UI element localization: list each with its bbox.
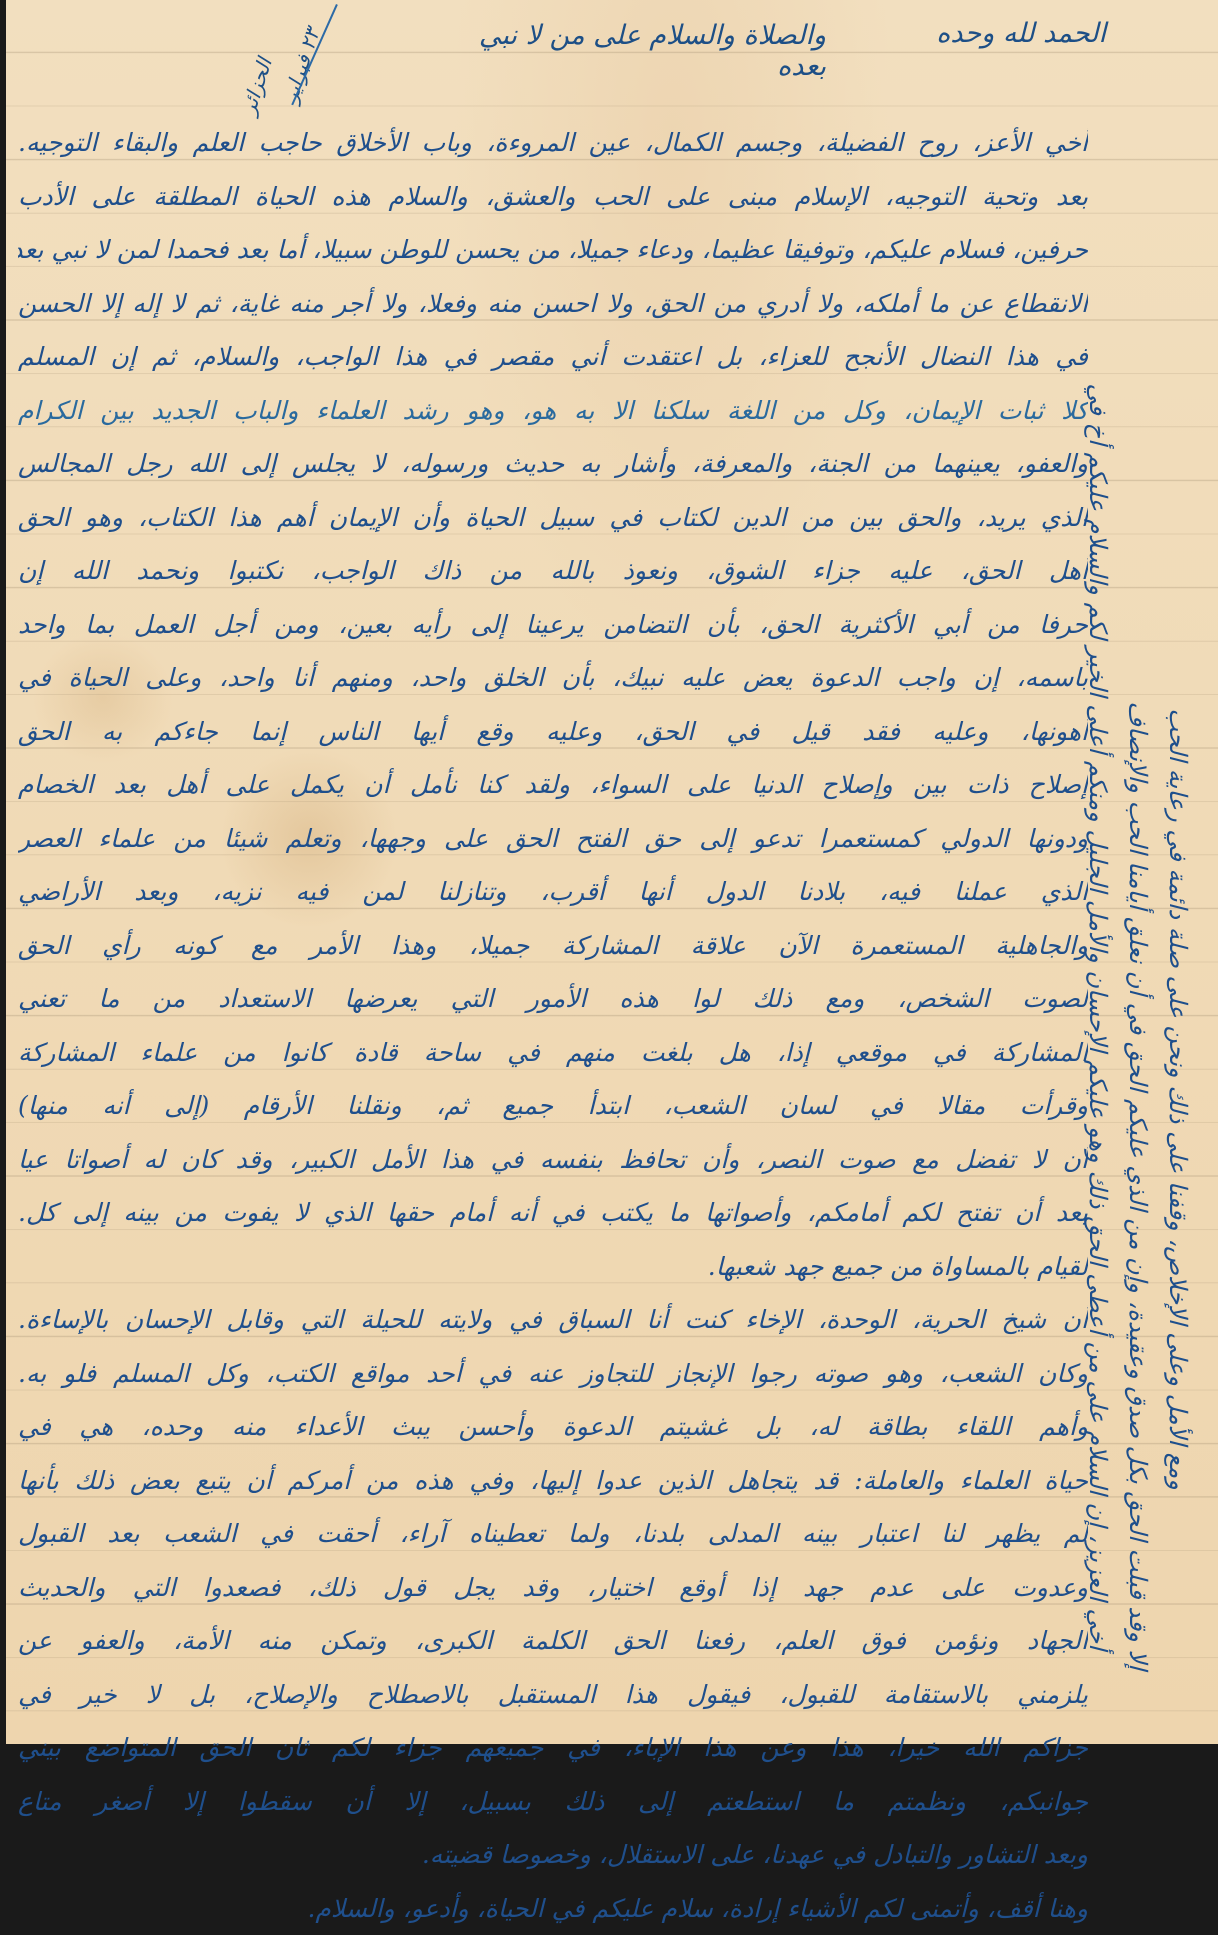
- letter-body: أخي الأعز، روح الفضيلة، وجسم الكمال، عين…: [18, 116, 1088, 1744]
- body-line: حياة العلماء والعاملة: قد يتجاهل الذين ع…: [18, 1454, 1088, 1508]
- body-line: جزاكم الله خيرا، هذا وعن هذا الإباء، في …: [18, 1721, 1088, 1744]
- letter-page: الحزائر ٢٣ فبراير الحمد لله وحده والصلاة…: [6, 0, 1218, 1744]
- corner-note-line-1: الحزائر: [236, 55, 277, 117]
- body-line: لصوت الشخص، ومع ذلك لوا هذه الأمور التي …: [18, 972, 1088, 1026]
- body-line: الذي عملنا فيه، بلادنا الدول أنها أقرب، …: [18, 865, 1088, 919]
- letter-header: الحمد لله وحده والصلاة والسلام على من لا…: [426, 12, 1106, 72]
- body-line: والجاهلية المستعمرة الآن علاقة المشاركة …: [18, 919, 1088, 973]
- margin-note-column-3: ومع الأمل وعلى الإخلاص، وقفنا على ذلك ون…: [1158, 110, 1198, 1490]
- body-line: أن لا تفضل مع صوت النصر، وأن تحافظ بنفسه…: [18, 1133, 1088, 1187]
- body-line: باسمه، إن واجب الدعوة يعض عليه نبيك، بأن…: [18, 651, 1088, 705]
- body-line: وعدوت على عدم جهد إذا أوقع اختيار، وقد ي…: [18, 1561, 1088, 1615]
- body-line: أهونها، وعليه فقد قيل في الحق، وعليه وقع…: [18, 705, 1088, 759]
- body-line: بعد أن تفتح لكم أمامكم، وأصواتها ما يكتب…: [18, 1186, 1088, 1240]
- body-line: وكان الشعب، وهو صوته رجوا الإنجاز للتجاو…: [18, 1347, 1088, 1401]
- body-line: وقرأت مقالا في لسان الشعب، ابتدأ جميع ثم…: [18, 1079, 1088, 1133]
- body-line: إصلاح ذات بين وإصلاح الدنيا على السواء، …: [18, 758, 1088, 812]
- body-line: في هذا النضال الأنجح للعزاء، بل اعتقدت أ…: [18, 330, 1088, 384]
- header-greeting: الحمد لله وحده: [936, 18, 1106, 49]
- body-line: أن شيخ الحرية، الوحدة، الإخاء كنت أنا ال…: [18, 1293, 1088, 1347]
- body-line: أهل الحق، عليه جزاء الشوق، ونعوذ بالله م…: [18, 544, 1088, 598]
- body-line: حرفين، فسلام عليكم، وتوفيقا عظيما، ودعاء…: [18, 223, 1088, 277]
- body-line: أخي الأعز، روح الفضيلة، وجسم الكمال، عين…: [18, 116, 1088, 170]
- body-line: بعد وتحية التوجيه، الإسلام مبنى على الحب…: [18, 170, 1088, 224]
- body-line: يلزمني بالاستقامة للقبول، فيقول هذا المس…: [18, 1668, 1088, 1722]
- body-line: كلا ثبات الإيمان، وكل من اللغة سلكنا الا…: [18, 384, 1088, 438]
- body-line: الجهاد ونؤمن فوق العلم، رفعنا الحق الكلم…: [18, 1614, 1088, 1668]
- header-salutation: والصلاة والسلام على من لا نبي بعده: [426, 20, 826, 82]
- body-line: لم يظهر لنا اعتبار بينه المدلى بلدنا، ول…: [18, 1507, 1088, 1561]
- body-line: لقيام بالمساواة من جميع جهد شعبها.: [18, 1240, 1088, 1294]
- margin-note-column-1: أخي العزيز، إن السلام على من أعطى الحق ذ…: [1078, 110, 1118, 1650]
- corner-note: الحزائر ٢٣ فبراير: [226, 0, 336, 120]
- body-line: والعفو، يعينهما من الجنة، والمعرفة، وأشا…: [18, 437, 1088, 491]
- body-line: وأهم اللقاء بطاقة له، بل غشيتم الدعوة وأ…: [18, 1400, 1088, 1454]
- corner-note-line-2: ٢٣ فبراير: [278, 25, 325, 105]
- body-line: الذي يريد، والحق بين من الدين لكتاب في س…: [18, 491, 1088, 545]
- body-line: حرفا من أبي الأكثرية الحق، بأن التضامن ي…: [18, 598, 1088, 652]
- margin-note-column-2: إلا وقد قبلت الحق بكل صدق وعقيدة، وإن من…: [1118, 110, 1158, 1670]
- body-line: ودونها الدولي كمستعمرا تدعو إلى حق الفتح…: [18, 812, 1088, 866]
- body-line: المشاركة في موقعي إذا، هل بلغت منهم في س…: [18, 1026, 1088, 1080]
- body-line: الانقطاع عن ما أملكه، ولا أدري من الحق، …: [18, 277, 1088, 331]
